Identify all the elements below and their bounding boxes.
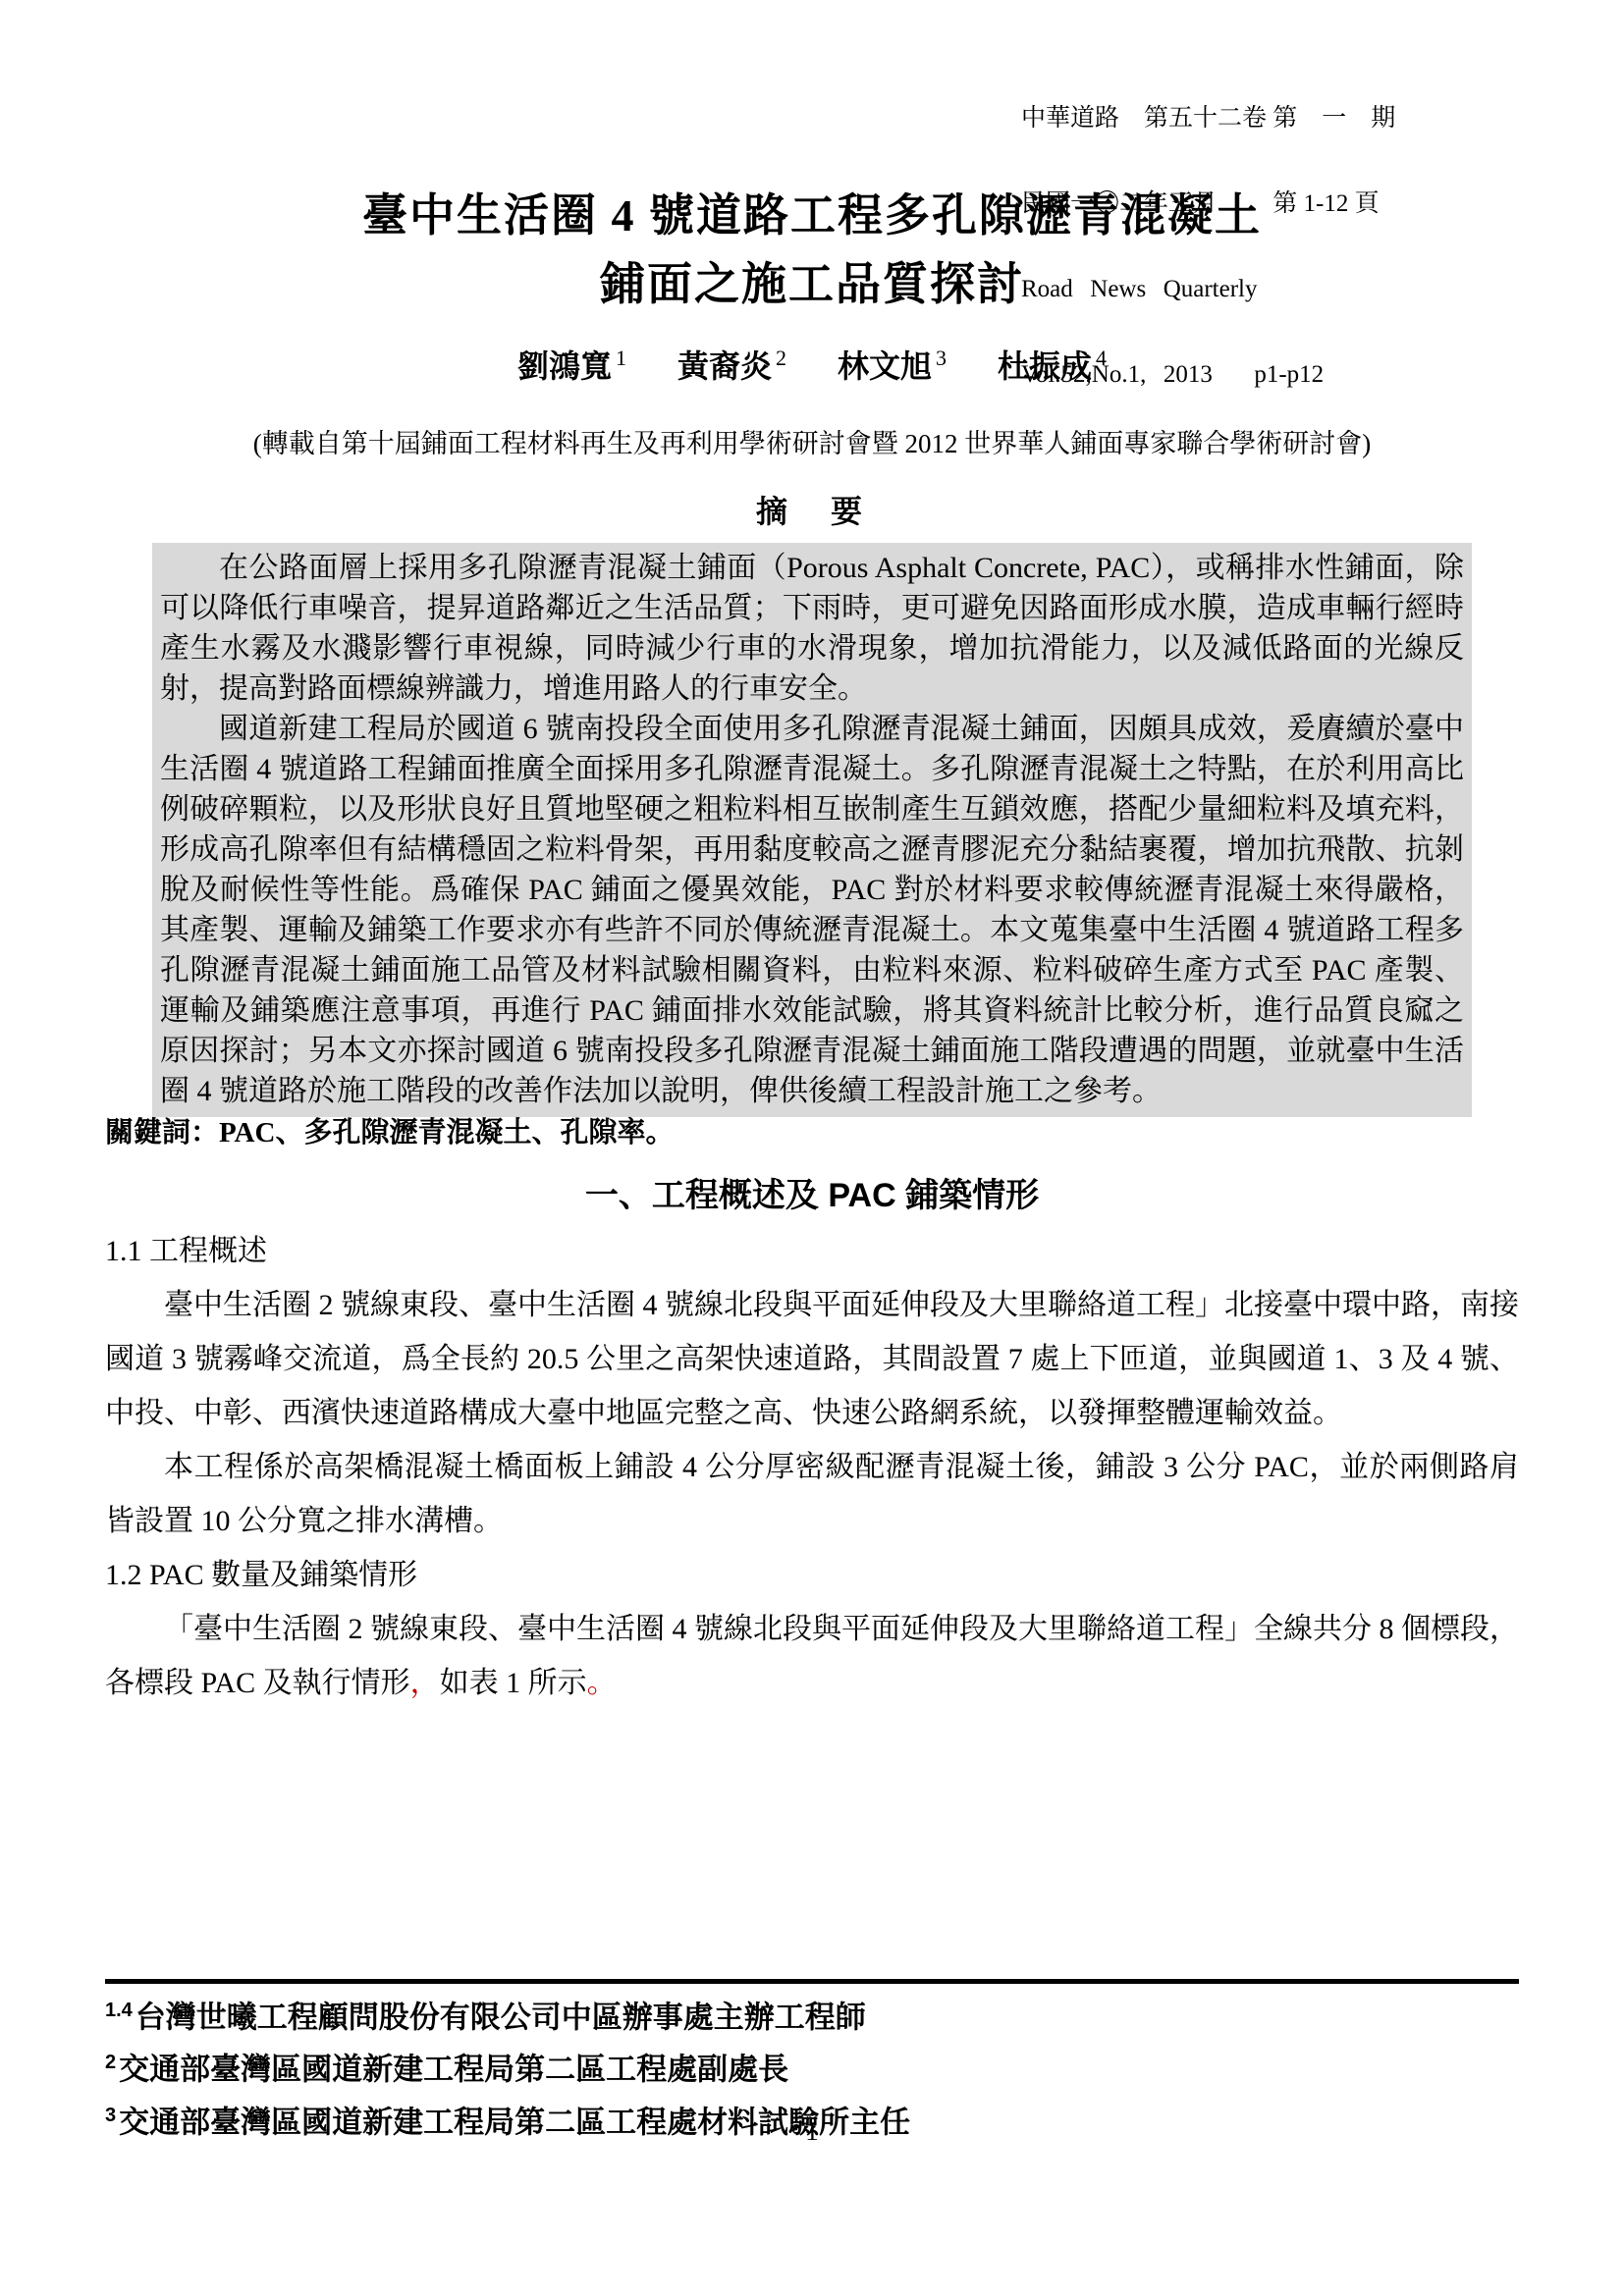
subsection-1-1-heading: 1.1 工程概述: [105, 1224, 1519, 1278]
author: 劉鴻寬1: [517, 348, 626, 384]
footnote-marker: 2: [105, 2052, 116, 2073]
subsection-1-2-heading: 1.2 PAC 數量及鋪築情形: [105, 1548, 1519, 1602]
red-period: 。: [587, 1667, 617, 1699]
reprint-note: (轉載自第十屆鋪面工程材料再生及再利用學術研討會暨 2012 世界華人鋪面專家聯…: [0, 422, 1624, 460]
abstract-heading: 摘 要: [0, 487, 1624, 532]
author: 黃裔炎2: [677, 348, 786, 384]
abstract-block: 在公路面層上採用多孔隙瀝青混凝土鋪面（Porous Asphalt Concre…: [152, 543, 1472, 1117]
footnote-text: 交通部臺灣區國道新建工程局第二區工程處副處長: [119, 2053, 788, 2087]
section-1-heading: 一、工程概述及 PAC 鋪築情形: [0, 1168, 1624, 1216]
author: 杜振成4: [998, 348, 1107, 384]
footnote: 2交通部臺灣區國道新建工程局第二區工程處副處長: [105, 2040, 1519, 2092]
body-paragraph: 臺中生活圈 2 號線東段、臺中生活圈 4 號線北段與平面延伸段及大里聯絡道工程」…: [105, 1278, 1519, 1440]
paper-title: 臺中生活圈 4 號道路工程多孔隙瀝青混凝土 鋪面之施工品質探討: [0, 182, 1624, 319]
authors-line: 劉鴻寬1 黃裔炎2 林文旭3 杜振成4: [0, 342, 1624, 387]
keywords-line: 關鍵詞：PAC、多孔隙瀝青混凝土、孔隙率。: [105, 1110, 674, 1150]
author-name: 黃裔炎: [677, 348, 772, 384]
author-name: 杜振成: [998, 348, 1092, 384]
author-name: 劉鴻寬: [517, 348, 612, 384]
body-text: 1.1 工程概述 臺中生活圈 2 號線東段、臺中生活圈 4 號線北段與平面延伸段…: [105, 1224, 1519, 1710]
abstract-paragraph-1: 在公路面層上採用多孔隙瀝青混凝土鋪面（Porous Asphalt Concre…: [160, 548, 1464, 709]
author-name: 林文旭: [838, 348, 932, 384]
body-paragraph: 「臺中生活圈 2 號線東段、臺中生活圈 4 號線北段與平面延伸段及大里聯絡道工程…: [105, 1602, 1519, 1710]
author-footnote-marker: 1: [616, 346, 626, 370]
abstract-paragraph-2: 國道新建工程局於國道 6 號南投段全面使用多孔隙瀝青混凝土鋪面，因頗具成效，爰賡…: [160, 709, 1464, 1111]
journal-name-volume: 中華道路 第五十二卷 第 一 期: [1021, 104, 1395, 133]
author-footnote-marker: 2: [776, 346, 786, 370]
author: 林文旭3: [838, 348, 947, 384]
page-number: 1: [0, 2116, 1624, 2147]
footnote: 1.4台灣世曦工程顧問股份有限公司中區辦事處主辦工程師: [105, 1988, 1519, 2040]
body-paragraph: 本工程係於高架橋混凝土橋面板上鋪設 4 公分厚密級配瀝青混凝土後，鋪設 3 公分…: [105, 1440, 1519, 1548]
footnote-text: 台灣世曦工程顧問股份有限公司中區辦事處主辦工程師: [135, 2000, 866, 2034]
author-footnote-marker: 3: [936, 346, 947, 370]
author-footnote-marker: 4: [1096, 346, 1107, 370]
paragraph-text: 如表 1 所示: [440, 1667, 587, 1699]
red-comma: ，: [410, 1667, 440, 1699]
paragraph-text: 「臺中生活圈 2 號線東段、臺中生活圈 4 號線北段與平面延伸段及大里聯絡道工程…: [105, 1613, 1519, 1699]
paper-title-line1: 臺中生活圈 4 號道路工程多孔隙瀝青混凝土: [0, 182, 1624, 250]
footnote-marker: 1.4: [105, 2000, 133, 2021]
paper-title-line2: 鋪面之施工品質探討: [0, 250, 1624, 319]
document-page: 中華道路 第五十二卷 第 一 期 民國一〇二年三月 第 1-12 頁 Road …: [0, 0, 1624, 2296]
